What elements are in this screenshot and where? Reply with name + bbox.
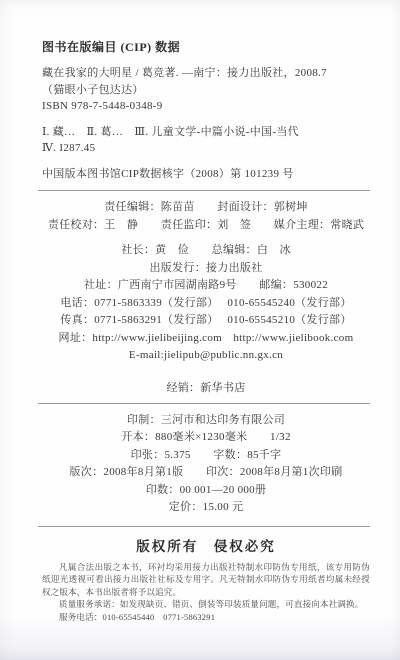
printing-run-line: 印数：00 001—20 000册 xyxy=(42,482,370,500)
publisher-director-line: 社长：黄 俭 总编辑：白 冰 xyxy=(42,242,370,260)
printing-section: 印制：三河市和达印务有限公司 开本：880毫米×1230毫米 1/32 印张：5… xyxy=(42,412,370,517)
cip-section: 图书在版编目 (CIP) 数据 藏在我家的大明星 / 葛竞著. —南宁：接力出版… xyxy=(42,38,370,182)
copyright-heading: 版权所有 侵权必究 xyxy=(42,535,370,555)
publisher-fax-line: 传真：0771-5863291（发行部） 010-65545210（发行部） xyxy=(42,312,370,330)
publisher-address-line: 社址：广西南宁市园湖南路9号 邮编：530022 xyxy=(42,277,370,295)
printing-edition-line: 版次：2008年8月第1版 印次：2008年8月第1次印刷 xyxy=(42,464,370,482)
divider-middle xyxy=(38,403,370,404)
copyright-section: 版权所有 侵权必究 凡属合法出版之本书，环衬均采用接力出版社特制水印防伪专用纸，… xyxy=(42,535,370,624)
publisher-name-line: 出版发行：接力出版社 xyxy=(42,260,370,278)
publisher-website-line: 网址：http://www.jielibeijing.com http://ww… xyxy=(42,330,370,348)
cip-registry-line: 中国版本图书馆CIP数据核字（2008）第 101239 号 xyxy=(42,166,370,183)
publisher-phone-line: 电话：0771-5863339（发行部） 010-65545240（发行部） xyxy=(42,295,370,313)
publisher-email-line: E-mail:jielipub@public.nn.gx.cn xyxy=(42,347,370,365)
anti-piracy-notice: 凡属合法出版之本书，环衬均采用接力出版社特制水印防伪专用纸，该专用防伪纸迎光透视… xyxy=(42,561,370,599)
credits-row-editors: 责任编辑：陈苗苗 封面设计：郭树坤 xyxy=(42,198,370,216)
cip-title-line: 藏在我家的大明星 / 葛竞著. —南宁：接力出版社，2008.7 xyxy=(42,65,370,82)
quality-service-promise: 质量服务承诺：如发现缺页、错页、倒装等印装质量问题，可直接向本社调换。 xyxy=(42,598,370,611)
distribution-line: 经销：新华书店 xyxy=(42,379,370,395)
divider-bottom xyxy=(38,526,370,527)
book-copyright-page: 图书在版编目 (CIP) 数据 藏在我家的大明星 / 葛竞著. —南宁：接力出版… xyxy=(0,0,400,660)
cip-classification-line-2: Ⅳ. I287.45 xyxy=(42,140,370,157)
printing-printer-line: 印制：三河市和达印务有限公司 xyxy=(42,412,370,430)
credits-row-proofing: 责任校对：王 静 责任监印：刘 签 媒介主理：常晓武 xyxy=(42,216,370,234)
service-phone-line: 服务电话：010-65545440 0771-5863291 xyxy=(42,611,370,624)
cip-series-line: （猫眼小子包达达） xyxy=(42,82,370,99)
cip-heading: 图书在版编目 (CIP) 数据 xyxy=(42,38,370,55)
printing-price-line: 定价：15.00 元 xyxy=(42,499,370,517)
printing-format-line: 开本：880毫米×1230毫米 1/32 xyxy=(42,429,370,447)
cip-classification-line-1: Ⅰ. 藏… Ⅱ. 葛… Ⅲ. 儿童文学-中篇小说-中国-当代 xyxy=(42,124,370,141)
divider-top xyxy=(38,190,370,191)
printing-sheets-line: 印张：5.375 字数：85千字 xyxy=(42,447,370,465)
credits-section: 责任编辑：陈苗苗 封面设计：郭树坤 责任校对：王 静 责任监印：刘 签 媒介主理… xyxy=(42,198,370,234)
cip-isbn-line: ISBN 978-7-5448-0348-9 xyxy=(42,98,370,115)
publisher-section: 社长：黄 俭 总编辑：白 冰 出版发行：接力出版社 社址：广西南宁市园湖南路9号… xyxy=(42,242,370,365)
